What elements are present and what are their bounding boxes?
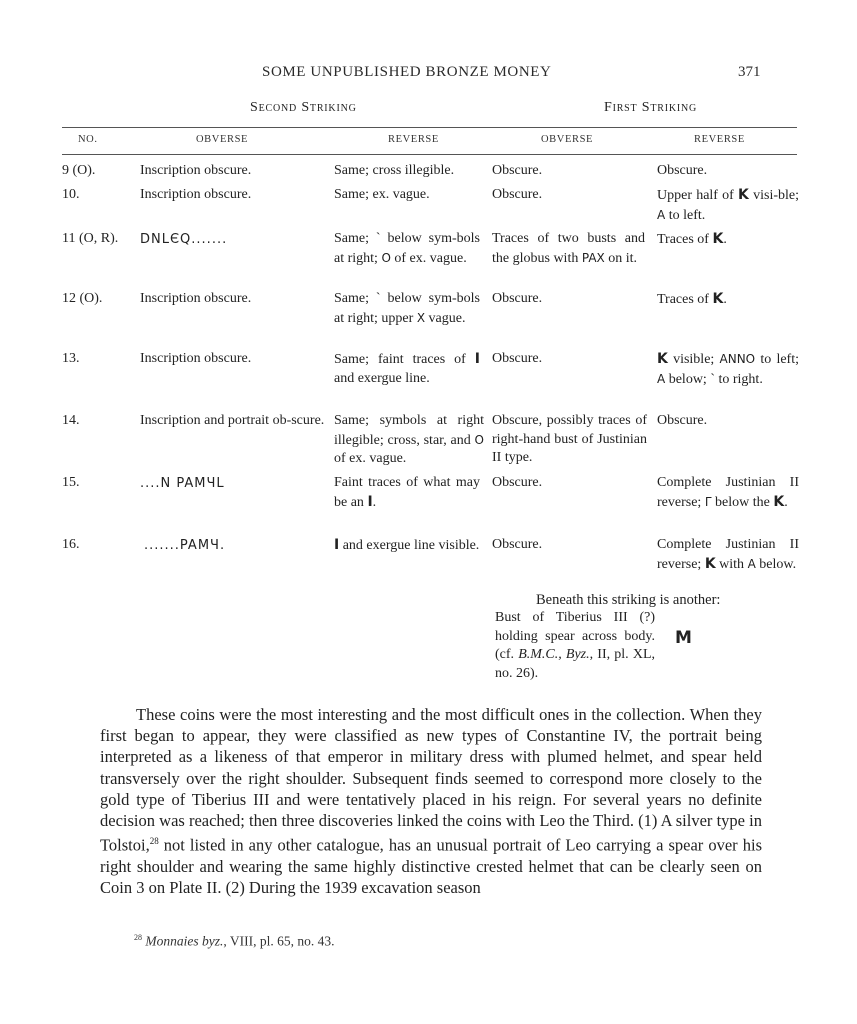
table-top-rule [62, 127, 797, 128]
text: Same; faint traces of [334, 352, 475, 367]
text: below. [756, 557, 796, 572]
second-obverse-cell: Inscription obscure. [140, 186, 251, 205]
first-obverse-cell: Obscure. [492, 536, 542, 555]
pax-inscription: PAX [582, 251, 605, 265]
i-numeral-symbol: I [475, 351, 480, 367]
underlying-striking-lead: Beneath this striking is another: [536, 591, 720, 610]
letter-symbol: O [475, 433, 484, 447]
text: visible; [668, 352, 720, 367]
second-obverse-cell: Inscription and portrait ob-scure. [140, 412, 330, 431]
row-number: 15. [62, 474, 80, 493]
column-header-first-obverse: OBVERSE [541, 134, 593, 145]
row-number: 10. [62, 186, 80, 205]
second-obverse-cell: Inscription obscure. [140, 290, 251, 309]
text: to left; [755, 352, 799, 367]
footnote: 28 Monnaies byz., VIII, pl. 65, no. 43. [134, 933, 335, 950]
footnote-reference[interactable]: 28 [150, 836, 159, 846]
text: not listed in any other catalogue, has a… [100, 836, 762, 897]
text: Traces of [657, 232, 712, 247]
k-monogram-symbol: K [657, 351, 668, 367]
k-monogram-symbol: K [705, 556, 716, 572]
text: with [716, 557, 748, 572]
first-reverse-cell: Obscure. [657, 162, 707, 181]
first-reverse-cell: Complete Justinian II reverse; Γ below t… [657, 474, 799, 512]
text: Faint traces of what may be an [334, 475, 480, 510]
m-denomination-symbol: M [675, 628, 692, 648]
first-reverse-cell: Upper half of K visi-ble; A to left. [657, 186, 799, 225]
gamma-letter: Γ [705, 495, 712, 509]
second-reverse-cell: Same; symbols at right illegible; cross,… [334, 412, 484, 469]
first-reverse-cell: K visible; ANNO to left; A below; ` to r… [657, 350, 799, 389]
second-reverse-cell: I and exergue line visible. [334, 536, 480, 556]
text: Same; symbols at right illegible; cross,… [334, 413, 484, 448]
k-monogram-symbol: K [738, 187, 749, 203]
second-reverse-cell: Faint traces of what may be an I. [334, 474, 480, 512]
first-reverse-cell: Traces of K. [657, 230, 727, 250]
text: vague. [425, 311, 465, 326]
text: and exergue line visible. [339, 538, 479, 553]
footnote-title: Monnaies byz. [145, 934, 223, 949]
column-header-first-reverse: REVERSE [694, 134, 745, 145]
text: . [723, 292, 727, 307]
officina-letter: A [748, 557, 756, 571]
second-obverse-cell: Inscription obscure. [140, 350, 251, 369]
row-number: 11 (O, R). [62, 230, 118, 249]
text: below; ` to right. [665, 372, 763, 387]
text: . [373, 495, 377, 510]
text: of ex. vague. [391, 251, 467, 266]
first-obverse-cell: Obscure. [492, 162, 542, 181]
officina-letter: A [657, 372, 665, 386]
text: Upper half of [657, 188, 738, 203]
running-title: SOME UNPUBLISHED BRONZE MONEY [262, 64, 552, 81]
second-reverse-cell: Same; faint traces of I and exergue line… [334, 350, 480, 388]
citation-title: B.M.C., Byz. [518, 647, 589, 662]
group-header-first-striking: First Striking [604, 100, 697, 116]
first-obverse-cell: Obscure. [492, 290, 542, 309]
row-number: 16. [62, 536, 80, 555]
text: of ex. vague. [334, 451, 406, 466]
body-paragraph: These coins were the most interesting an… [100, 704, 762, 898]
k-monogram-symbol: K [773, 494, 784, 510]
second-obverse-inscription: ....N PAMЧL [140, 475, 225, 494]
second-obverse-inscription: .......PAMЧ. [144, 537, 225, 556]
underlying-obverse-description: Bust of Tiberius III (?) holding spear a… [495, 609, 655, 683]
text: below the [712, 495, 774, 510]
second-reverse-cell: Same; ` below sym-bols at right; O of ex… [334, 230, 480, 268]
footnote-text: , VIII, pl. 65, no. 43. [223, 934, 334, 949]
column-header-second-reverse: REVERSE [388, 134, 439, 145]
first-obverse-cell: Obscure. [492, 474, 542, 493]
second-obverse-cell: Inscription obscure. [140, 162, 251, 181]
row-number: 12 (O). [62, 290, 102, 309]
first-reverse-cell: Complete Justinian II reverse; K with A … [657, 536, 799, 574]
text: . [784, 495, 788, 510]
first-obverse-cell: Obscure. [492, 186, 542, 205]
text: and exergue line. [334, 371, 430, 386]
anno-inscription: ANNO [720, 352, 756, 366]
first-reverse-cell: Traces of K. [657, 290, 727, 310]
text: These coins were the most interesting an… [100, 705, 762, 855]
column-header-no: NO. [78, 134, 98, 145]
k-monogram-symbol: K [712, 231, 723, 247]
group-header-second-striking: Second Striking [250, 100, 357, 116]
first-reverse-cell: Obscure. [657, 412, 707, 431]
second-reverse-cell: Same; cross illegible. [334, 162, 484, 181]
letter-symbol: X [417, 311, 425, 325]
text: on it. [605, 251, 637, 266]
row-number: 14. [62, 412, 80, 431]
second-obverse-inscription: DNLЄQ....... [140, 231, 227, 250]
text: visi-ble; [749, 188, 799, 203]
footnote-marker: 28 [134, 933, 142, 942]
page-number: 371 [738, 64, 761, 81]
table-header-rule [62, 154, 797, 155]
row-number: 13. [62, 350, 80, 369]
letter-symbol: O [381, 251, 390, 265]
second-reverse-cell: Same; ex. vague. [334, 186, 430, 205]
k-monogram-symbol: K [712, 291, 723, 307]
first-obverse-cell: Traces of two busts and the globus with … [492, 230, 645, 268]
first-obverse-cell: Obscure. [492, 350, 542, 369]
text: to left. [665, 208, 705, 223]
column-header-second-obverse: OBVERSE [196, 134, 248, 145]
row-number: 9 (O). [62, 162, 95, 181]
text: . [723, 232, 727, 247]
first-obverse-cell: Obscure, possibly traces of right-hand b… [492, 412, 647, 468]
second-reverse-cell: Same; ` below sym-bols at right; upper X… [334, 290, 480, 328]
officina-letter: A [657, 208, 665, 222]
text: Traces of [657, 292, 712, 307]
